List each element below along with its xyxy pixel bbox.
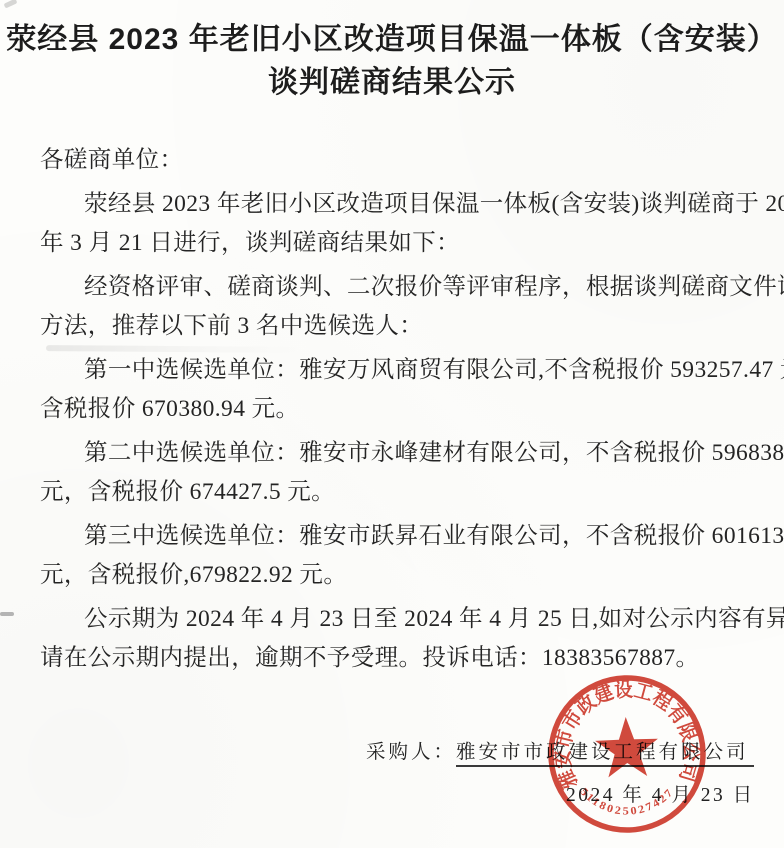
purchaser-name: 雅安市市政建设工程有限公司 bbox=[456, 742, 754, 767]
body-line: 年 3 月 21 日进行，谈判磋商结果如下： bbox=[40, 224, 750, 263]
document-title-line1: 荥经县 2023 年老旧小区改造项目保温一体板（含安装） bbox=[0, 18, 784, 61]
seal-company-text: 雅安市市政建设工程有限公司 bbox=[548, 676, 704, 793]
body-line: 元，含税报价,679822.92 元。 bbox=[40, 556, 750, 595]
document-title-line2: 谈判磋商结果公示 bbox=[0, 61, 784, 104]
body-line: 荥经县 2023 年老旧小区改造项目保温一体板(含安装)谈判磋商于 2024 bbox=[40, 185, 750, 224]
purchaser-label: 采购人： bbox=[366, 742, 456, 763]
body-line: 第一中选候选单位：雅安万风商贸有限公司,不含税报价 593257.47 元， bbox=[40, 351, 750, 390]
announcement-document: 荥经县 2023 年老旧小区改造项目保温一体板（含安装） 谈判磋商结果公示 各磋… bbox=[0, 0, 784, 848]
body-line: 含税报价 670380.94 元。 bbox=[40, 390, 750, 429]
svg-text:雅安市市政建设工程有限公司: 雅安市市政建设工程有限公司 bbox=[548, 676, 704, 793]
body-line: 方法，推荐以下前 3 名中选候选人： bbox=[40, 307, 750, 346]
signature-date: 2024 年 4 月 23 日 bbox=[566, 779, 755, 807]
document-body: 各磋商单位： 荥经县 2023 年老旧小区改造项目保温一体板(含安装)谈判磋商于… bbox=[0, 141, 784, 678]
document-title: 荥经县 2023 年老旧小区改造项目保温一体板（含安装） 谈判磋商结果公示 bbox=[0, 0, 784, 104]
body-line: 第三中选候选单位：雅安市跃昇石业有限公司，不含税报价 601613.2 bbox=[40, 517, 750, 556]
body-line: 第二中选候选单位：雅安市永峰建材有限公司，不含税报价 596838.5 bbox=[40, 434, 750, 473]
body-line: 请在公示期内提出，逾期不予受理。投诉电话：18383567887。 bbox=[40, 639, 750, 678]
body-line: 公示期为 2024 年 4 月 23 日至 2024 年 4 月 25 日,如对… bbox=[40, 600, 750, 639]
body-line: 经资格评审、磋商谈判、二次报价等评审程序，根据谈判磋商文件评审 bbox=[40, 268, 750, 307]
body-line: 各磋商单位： bbox=[40, 141, 750, 180]
purchaser-signature: 采购人：雅安市市政建设工程有限公司 bbox=[366, 736, 754, 764]
body-line: 元，含税报价 674427.5 元。 bbox=[40, 473, 750, 512]
